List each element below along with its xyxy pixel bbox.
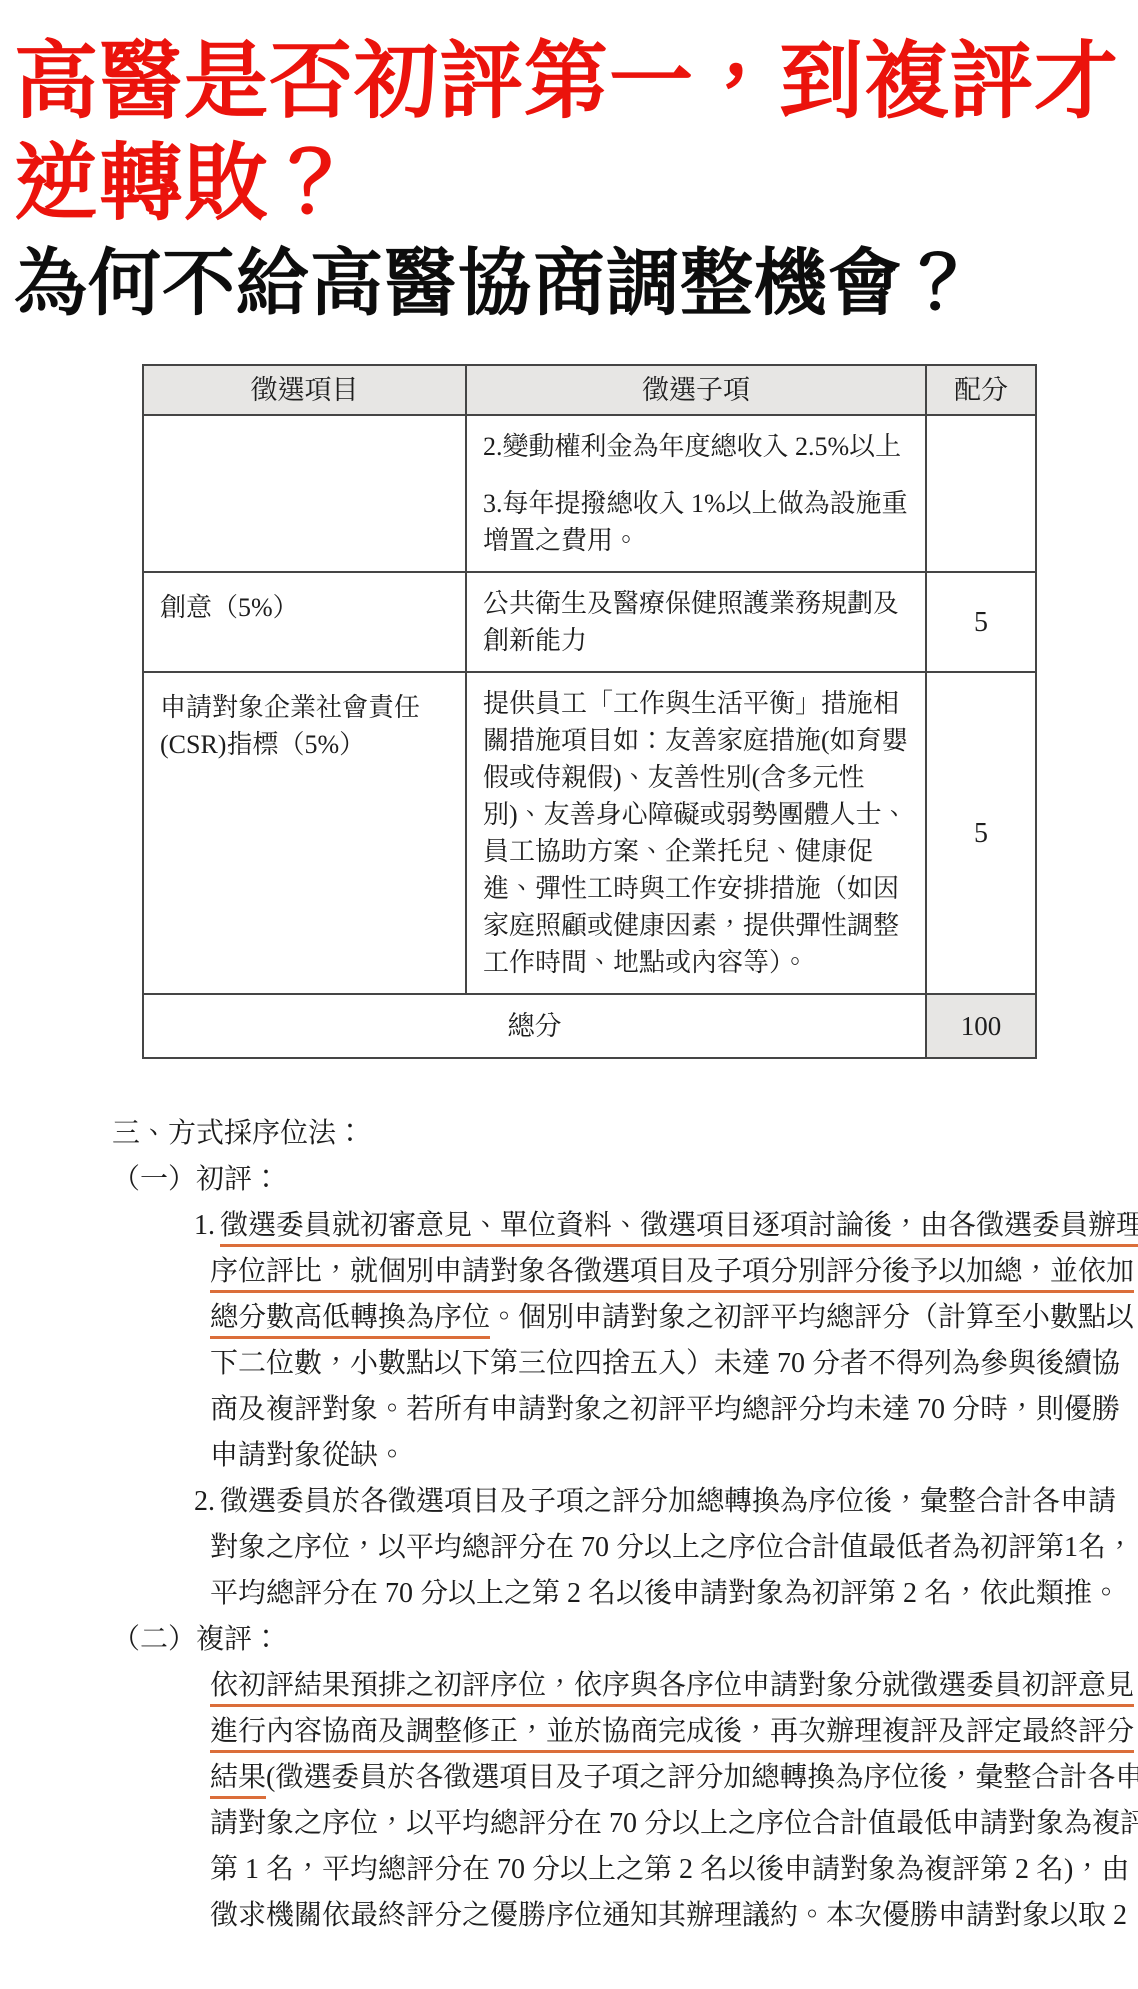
underlined-text: 依初評結果預排之初評序位，依序與各序位申請對象分就徵選委員初評意見 <box>210 1670 1134 1707</box>
cell-item: 創意（5%） <box>143 572 466 672</box>
headline-red: 高醫是否初評第一，到複評才 逆轉敗？ <box>14 30 1130 234</box>
body-line: 總分數高低轉換為序位。個別申請對象之初評平均總評分（計算至小數點以 <box>210 1295 1138 1341</box>
cell-score <box>926 415 1036 572</box>
body-line: 商及複評對象。若所有申請對象之初評平均總評分均未達 70 分時，則優勝 <box>210 1387 1138 1433</box>
body-line: 徵求機關依最終評分之優勝序位通知其辦理議約。本次優勝申請對象以取 2 <box>210 1893 1138 1939</box>
plain-text: (徵選委員於各徵選項目及子項之評分加總轉換為序位後，彙整合計各申 <box>266 1762 1138 1793</box>
column-header: 配分 <box>926 365 1036 415</box>
plain-text: 第 1 名，平均總評分在 70 分以上之第 2 名以後申請對象為複評第 2 名)… <box>210 1854 1129 1885</box>
item-number: 1. <box>194 1210 215 1241</box>
body-line: 序位評比，就個別申請對象各徵選項目及子項分別評分後予以加總，並依加 <box>210 1249 1138 1295</box>
item-number: 2. <box>194 1486 215 1517</box>
sub-item-paragraph: 2.變動權利金為年度總收入 2.5%以上 <box>483 428 909 465</box>
body-line: 2.徵選委員於各徵選項目及子項之評分加總轉換為序位後，彙整合計各申請 <box>194 1479 1138 1525</box>
body-line: 第 1 名，平均總評分在 70 分以上之第 2 名以後申請對象為複評第 2 名)… <box>210 1847 1138 1893</box>
total-label-cell: 總分 <box>143 994 926 1058</box>
cell-score: 5 <box>926 572 1036 672</box>
selection-score-table: 徵選項目徵選子項配分 2.變動權利金為年度總收入 2.5%以上3.每年提撥總收入… <box>142 364 1037 1059</box>
plain-text: 對象之序位，以平均總評分在 70 分以上之序位合計值最低者為初評第1名， <box>210 1532 1134 1563</box>
body-line: 請對象之序位，以平均總評分在 70 分以上之序位合計值最低申請對象為複評 <box>210 1801 1138 1847</box>
plain-text: 。個別申請對象之初評平均總評分（計算至小數點以 <box>490 1302 1134 1333</box>
cell-sub-items: 2.變動權利金為年度總收入 2.5%以上3.每年提撥總收入 1%以上做為設施重增… <box>466 415 926 572</box>
body-line: 進行內容協商及調整修正，並於協商完成後，再次辦理複評及評定最終評分 <box>210 1709 1138 1755</box>
headline-black: 為何不給高醫協商調整機會？ <box>14 238 1130 330</box>
item-1-lines: 1.徵選委員就初審意見、單位資料、徵選項目逐項討論後，由各徵選委員辦理序位評比，… <box>0 1203 1138 1479</box>
plain-text: 商及複評對象。若所有申請對象之初評平均總評分均未達 70 分時，則優勝 <box>210 1394 1120 1425</box>
plain-text: 徵選委員於各徵選項目及子項之評分加總轉換為序位後，彙整合計各申請 <box>220 1486 1116 1517</box>
column-header: 徵選子項 <box>466 365 926 415</box>
table-row: 2.變動權利金為年度總收入 2.5%以上3.每年提撥總收入 1%以上做為設施重增… <box>143 415 1036 572</box>
body-line: 依初評結果預排之初評序位，依序與各序位申請對象分就徵選委員初評意見 <box>210 1663 1138 1709</box>
underlined-text: 徵選委員就初審意見、單位資料、徵選項目逐項討論後，由各徵選委員辦理 <box>220 1210 1138 1247</box>
plain-text: 徵求機關依最終評分之優勝序位通知其辦理議約。本次優勝申請對象以取 2 <box>210 1900 1127 1931</box>
underlined-text: 序位評比，就個別申請對象各徵選項目及子項分別評分後予以加總，並依加 <box>210 1256 1134 1293</box>
cell-item <box>143 415 466 572</box>
table-row: 創意（5%）公共衛生及醫療保健照護業務規劃及創新能力5 <box>143 572 1036 672</box>
plain-text: 申請對象從缺。 <box>210 1440 406 1471</box>
plain-text: 平均總評分在 70 分以上之第 2 名以後申請對象為初評第 2 名，依此類推。 <box>210 1578 1120 1609</box>
body-line: 1.徵選委員就初審意見、單位資料、徵選項目逐項討論後，由各徵選委員辦理 <box>194 1203 1138 1249</box>
sub-item-paragraph: 公共衛生及醫療保健照護業務規劃及創新能力 <box>483 585 909 659</box>
subsection-heading-first-review: （一）初評： <box>112 1157 1138 1203</box>
document-page: 高醫是否初評第一，到複評才 逆轉敗？ 為何不給高醫協商調整機會？ 徵選項目徵選子… <box>0 0 1138 1989</box>
subsection-heading-second-review: （二）複評： <box>112 1617 1138 1663</box>
score-table-body: 2.變動權利金為年度總收入 2.5%以上3.每年提撥總收入 1%以上做為設施重增… <box>143 415 1036 1058</box>
section-heading: 三、方式採序位法： <box>112 1111 1138 1157</box>
cell-item: 申請對象企業社會責任(CSR)指標（5%） <box>143 672 466 994</box>
body-line: 結果(徵選委員於各徵選項目及子項之評分加總轉換為序位後，彙整合計各申 <box>210 1755 1138 1801</box>
score-table-header-row: 徵選項目徵選子項配分 <box>143 365 1036 415</box>
cell-score: 5 <box>926 672 1036 994</box>
cell-sub-items: 提供員工「工作與生活平衡」措施相關措施項目如：友善家庭措施(如育嬰假或侍親假)、… <box>466 672 926 994</box>
plain-text: 下二位數，小數點以下第三位四捨五入）未達 70 分者不得列為參與後續協 <box>210 1348 1120 1379</box>
table-total-row: 總分100 <box>143 994 1036 1058</box>
sub-item-paragraph: 提供員工「工作與生活平衡」措施相關措施項目如：友善家庭措施(如育嬰假或侍親假)、… <box>483 685 909 981</box>
table-row: 申請對象企業社會責任(CSR)指標（5%）提供員工「工作與生活平衡」措施相關措施… <box>143 672 1036 994</box>
review-paragraph-lines: 依初評結果預排之初評序位，依序與各序位申請對象分就徵選委員初評意見進行內容協商及… <box>0 1663 1138 1939</box>
body-line: 申請對象從缺。 <box>210 1433 1138 1479</box>
body-line: 對象之序位，以平均總評分在 70 分以上之序位合計值最低者為初評第1名， <box>210 1525 1138 1571</box>
column-header: 徵選項目 <box>143 365 466 415</box>
body-line: 下二位數，小數點以下第三位四捨五入）未達 70 分者不得列為參與後續協 <box>210 1341 1138 1387</box>
underlined-text: 總分數高低轉換為序位 <box>210 1302 490 1339</box>
underlined-text: 進行內容協商及調整修正，並於協商完成後，再次辦理複評及評定最終評分 <box>210 1716 1134 1753</box>
body-text: 三、方式採序位法： （一）初評： 1.徵選委員就初審意見、單位資料、徵選項目逐項… <box>0 1111 1138 1939</box>
cell-sub-items: 公共衛生及醫療保健照護業務規劃及創新能力 <box>466 572 926 672</box>
sub-item-paragraph: 3.每年提撥總收入 1%以上做為設施重增置之費用。 <box>483 485 909 559</box>
total-score-cell: 100 <box>926 994 1036 1058</box>
item-2-lines: 2.徵選委員於各徵選項目及子項之評分加總轉換為序位後，彙整合計各申請對象之序位，… <box>0 1479 1138 1617</box>
body-line: 平均總評分在 70 分以上之第 2 名以後申請對象為初評第 2 名，依此類推。 <box>210 1571 1138 1617</box>
plain-text: 請對象之序位，以平均總評分在 70 分以上之序位合計值最低申請對象為複評 <box>210 1808 1138 1839</box>
underlined-text: 結果 <box>210 1762 266 1799</box>
